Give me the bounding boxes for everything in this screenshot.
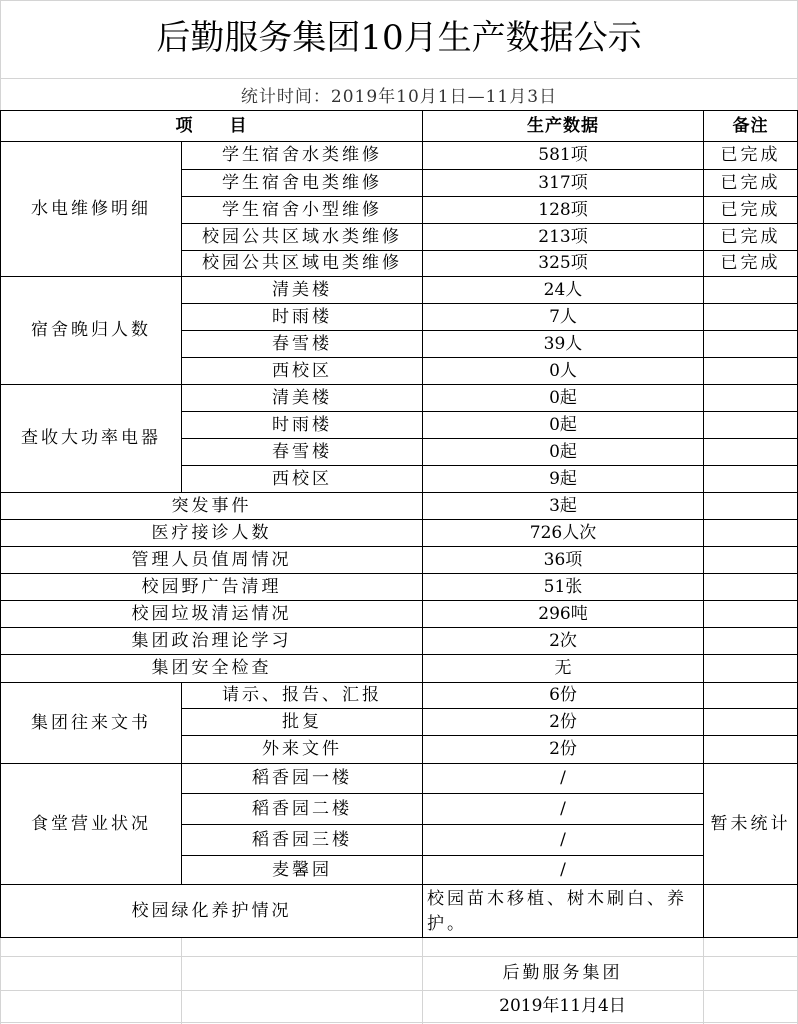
header-item: 项 目 bbox=[0, 110, 423, 142]
row-item: 清美楼 bbox=[181, 276, 423, 304]
row-item: 时雨楼 bbox=[181, 411, 423, 439]
row-item: 西校区 bbox=[181, 465, 423, 493]
document-title: 后勤服务集团10月生产数据公示 bbox=[0, 0, 798, 78]
row-item: 学生宿舍水类维修 bbox=[181, 141, 423, 170]
row-remark bbox=[703, 411, 798, 439]
row-item: 集团政治理论学习 bbox=[0, 627, 423, 655]
row-remark bbox=[703, 438, 798, 466]
row-value: 325项 bbox=[422, 250, 704, 277]
footer-date: 2019年11月4日 bbox=[422, 991, 703, 1022]
row-item: 管理人员值周情况 bbox=[0, 546, 423, 574]
row-value: 24人 bbox=[422, 276, 704, 304]
row-remark bbox=[703, 884, 798, 938]
row-value: 0起 bbox=[422, 438, 704, 466]
gridline bbox=[0, 1022, 798, 1023]
row-item: 请示、报告、汇报 bbox=[181, 682, 423, 709]
row-remark: 已完成 bbox=[703, 141, 798, 170]
category-correspondence: 集团往来文书 bbox=[0, 682, 182, 764]
row-remark bbox=[703, 357, 798, 385]
row-remark bbox=[703, 708, 798, 736]
row-item: 学生宿舍电类维修 bbox=[181, 169, 423, 197]
row-value: 2份 bbox=[422, 708, 704, 736]
row-value: / bbox=[422, 793, 704, 825]
row-item: 校园野广告清理 bbox=[0, 573, 423, 601]
row-item: 稻香园一楼 bbox=[181, 763, 423, 794]
row-item: 集团安全检查 bbox=[0, 654, 423, 683]
row-value: 9起 bbox=[422, 465, 704, 493]
gridline bbox=[703, 937, 704, 1024]
row-value: 39人 bbox=[422, 330, 704, 358]
row-item: 校园公共区域水类维修 bbox=[181, 223, 423, 251]
row-value: / bbox=[422, 855, 704, 885]
category-repair: 水电维修明细 bbox=[0, 141, 182, 277]
row-value: 51张 bbox=[422, 573, 704, 601]
header-remark: 备注 bbox=[703, 110, 798, 142]
row-value: 581项 bbox=[422, 141, 704, 170]
row-value: 128项 bbox=[422, 196, 704, 224]
row-remark bbox=[703, 600, 798, 628]
row-item: 清美楼 bbox=[181, 384, 423, 412]
category-high-power-appliances: 查收大功率电器 bbox=[0, 384, 182, 493]
row-item: 稻香园二楼 bbox=[181, 793, 423, 825]
row-item: 麦馨园 bbox=[181, 855, 423, 885]
row-item: 医疗接诊人数 bbox=[0, 519, 423, 547]
row-remark bbox=[703, 519, 798, 547]
row-item: 春雪楼 bbox=[181, 330, 423, 358]
row-remark: 已完成 bbox=[703, 196, 798, 224]
spreadsheet: 后勤服务集团10月生产数据公示 统计时间：2019年10月1日—11月3日 项 … bbox=[0, 0, 798, 1024]
row-item: 春雪楼 bbox=[181, 438, 423, 466]
row-item: 校园公共区域电类维修 bbox=[181, 250, 423, 277]
canteen-remark: 暂未统计 bbox=[703, 763, 798, 885]
row-value: 726人次 bbox=[422, 519, 704, 547]
row-value: 3起 bbox=[422, 492, 704, 520]
row-value: 296吨 bbox=[422, 600, 704, 628]
statistics-period: 统计时间：2019年10月1日—11月3日 bbox=[0, 84, 798, 110]
row-item: 批复 bbox=[181, 708, 423, 736]
row-value: 无 bbox=[422, 654, 704, 683]
row-value: 0人 bbox=[422, 357, 704, 385]
row-value: 213项 bbox=[422, 223, 704, 251]
row-remark bbox=[703, 330, 798, 358]
row-remark bbox=[703, 465, 798, 493]
row-remark bbox=[703, 735, 798, 764]
row-value: 0起 bbox=[422, 411, 704, 439]
row-remark bbox=[703, 573, 798, 601]
row-item: 外来文件 bbox=[181, 735, 423, 764]
category-canteen: 食堂营业状况 bbox=[0, 763, 182, 885]
row-item: 突发事件 bbox=[0, 492, 423, 520]
row-remark bbox=[703, 303, 798, 331]
row-item: 学生宿舍小型维修 bbox=[181, 196, 423, 224]
row-remark bbox=[703, 654, 798, 683]
row-remark bbox=[703, 627, 798, 655]
row-item: 校园绿化养护情况 bbox=[0, 884, 423, 938]
row-value: 7人 bbox=[422, 303, 704, 331]
gridline bbox=[0, 78, 798, 79]
gridline bbox=[181, 937, 182, 1024]
row-value: / bbox=[422, 763, 704, 794]
row-remark: 已完成 bbox=[703, 250, 798, 277]
row-item: 时雨楼 bbox=[181, 303, 423, 331]
row-remark: 已完成 bbox=[703, 169, 798, 197]
category-late-return: 宿舍晚归人数 bbox=[0, 276, 182, 385]
footer-organization: 后勤服务集团 bbox=[422, 957, 703, 990]
gridline bbox=[0, 937, 1, 1024]
header-data: 生产数据 bbox=[422, 110, 704, 142]
row-value: 校园苗木移植、树木刷白、养护。 bbox=[422, 884, 704, 938]
row-value: 2次 bbox=[422, 627, 704, 655]
row-value: 36项 bbox=[422, 546, 704, 574]
row-remark bbox=[703, 682, 798, 709]
row-remark bbox=[703, 492, 798, 520]
row-value: / bbox=[422, 824, 704, 856]
row-value: 6份 bbox=[422, 682, 704, 709]
row-remark bbox=[703, 384, 798, 412]
row-item: 校园垃圾清运情况 bbox=[0, 600, 423, 628]
row-item: 稻香园三楼 bbox=[181, 824, 423, 856]
row-value: 0起 bbox=[422, 384, 704, 412]
row-value: 317项 bbox=[422, 169, 704, 197]
row-remark bbox=[703, 546, 798, 574]
row-item: 西校区 bbox=[181, 357, 423, 385]
row-remark bbox=[703, 276, 798, 304]
row-remark: 已完成 bbox=[703, 223, 798, 251]
row-value: 2份 bbox=[422, 735, 704, 764]
